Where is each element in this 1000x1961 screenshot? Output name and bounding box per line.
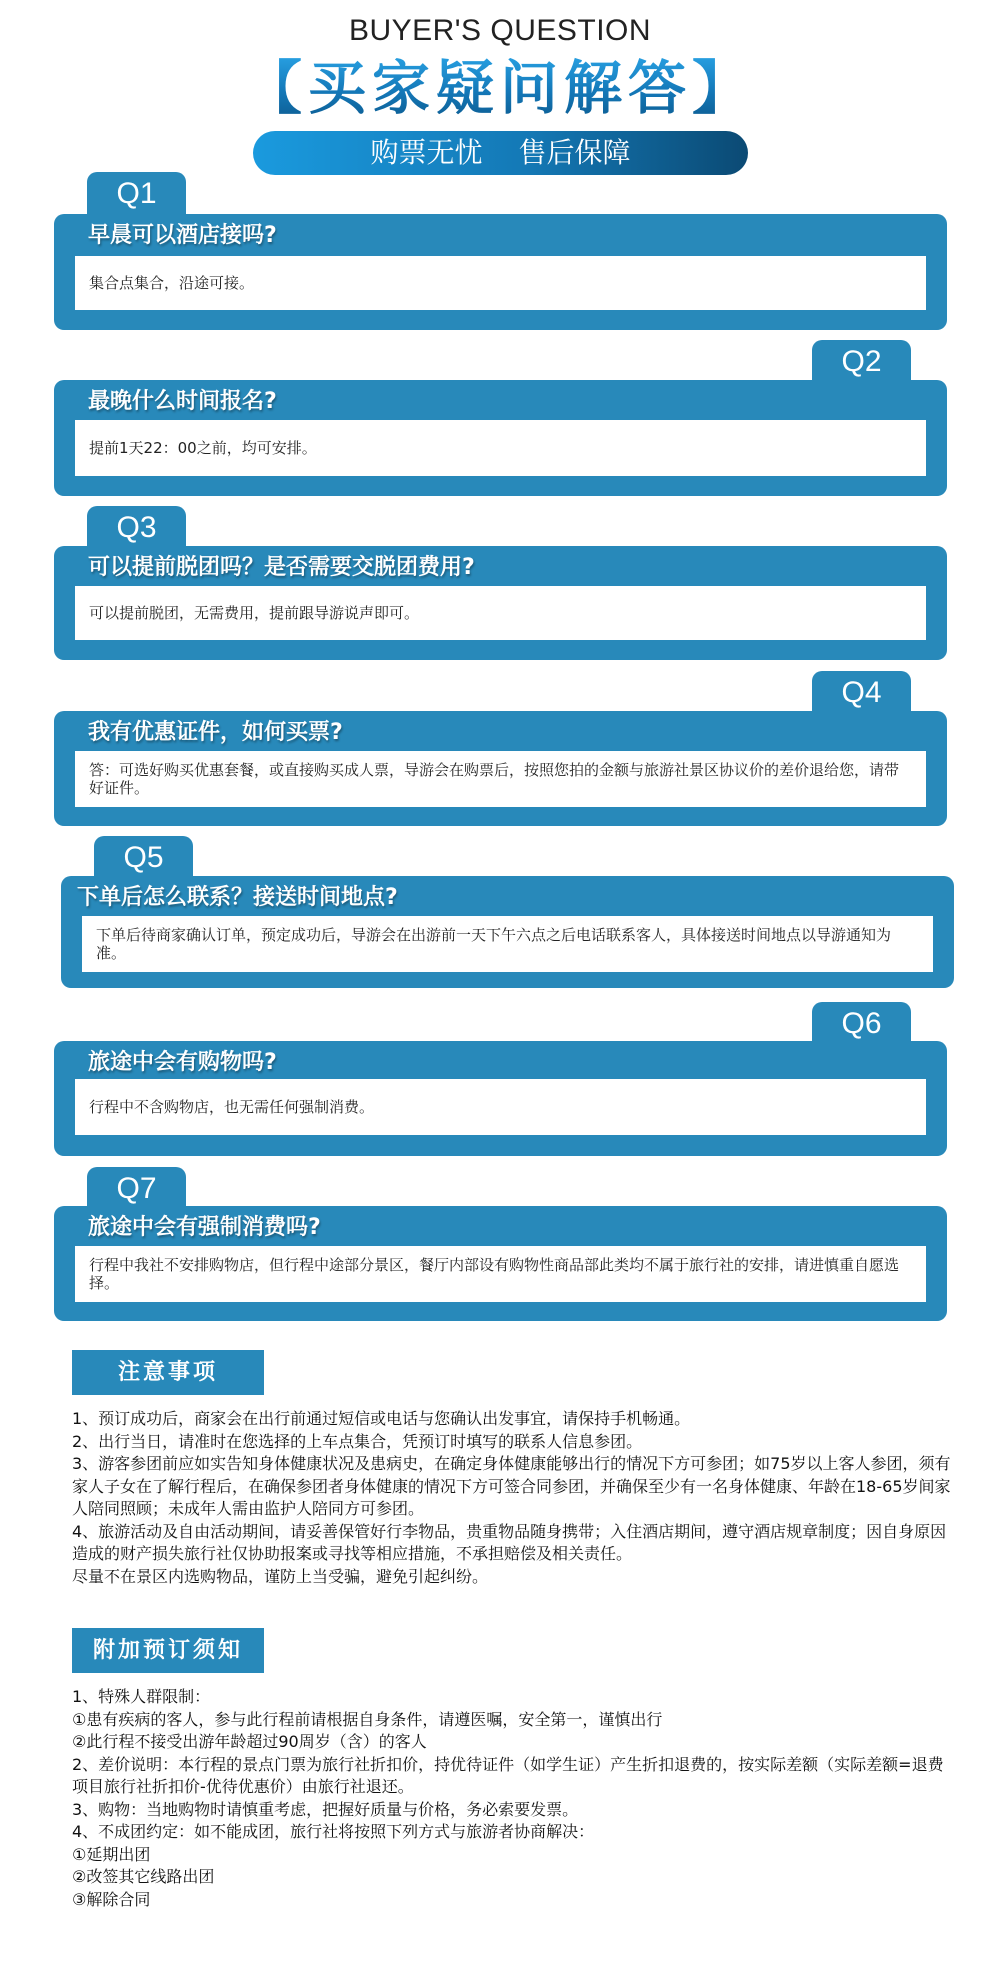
slogan-banner: 购票无忧售后保障 <box>253 131 748 175</box>
faq-question: 旅途中会有购物吗? <box>88 1045 277 1081</box>
faq-tab-q6: Q6 <box>812 1002 911 1044</box>
faq-tab-q7: Q7 <box>87 1167 186 1209</box>
english-title: BUYER'S QUESTION <box>0 14 1000 48</box>
notice-item: 4、旅游活动及自由活动期间，请妥善保管好行李物品，贵重物品随身携带；入住酒店期间… <box>72 1521 952 1566</box>
faq-tab-q3: Q3 <box>87 506 186 548</box>
faq-question: 我有优惠证件，如何买票? <box>88 715 343 751</box>
booking-section-header: 附加预订须知 <box>72 1628 264 1673</box>
booking-item: 4、不成团约定：如不能成团，旅行社将按照下列方式与旅游者协商解决： <box>72 1821 952 1844</box>
faq-answer: 提前1天22：00之前，均可安排。 <box>75 420 926 476</box>
faq-card-q1: 早晨可以酒店接吗? 集合点集合，沿途可接。 <box>54 214 947 330</box>
faq-card-q4: 我有优惠证件，如何买票? 答：可选好购买优惠套餐，或直接购买成人票，导游会在购票… <box>54 711 947 826</box>
faq-answer: 可以提前脱团，无需费用，提前跟导游说声即可。 <box>75 586 926 640</box>
booking-item: ③解除合同 <box>72 1889 952 1912</box>
booking-item: 3、购物：当地购物时请慎重考虑，把握好质量与价格，务必索要发票。 <box>72 1799 952 1822</box>
faq-question: 早晨可以酒店接吗? <box>88 218 277 254</box>
faq-card-q3: 可以提前脱团吗？是否需要交脱团费用? 可以提前脱团，无需费用，提前跟导游说声即可… <box>54 546 947 660</box>
booking-item: ②改签其它线路出团 <box>72 1866 952 1889</box>
faq-tab-q5: Q5 <box>94 836 193 878</box>
slogan-right: 售后保障 <box>519 136 631 169</box>
faq-answer: 集合点集合，沿途可接。 <box>75 256 926 310</box>
faq-question: 旅途中会有强制消费吗? <box>88 1210 321 1246</box>
faq-tab-q1: Q1 <box>87 172 186 214</box>
booking-item: 2、差价说明：本行程的景点门票为旅行社折扣价，持优待证件（如学生证）产生折扣退费… <box>72 1754 952 1799</box>
faq-question: 最晚什么时间报名? <box>88 384 277 420</box>
faq-tab-q2: Q2 <box>812 340 911 382</box>
faq-answer: 行程中我社不安排购物店，但行程中途部分景区，餐厅内部设有购物性商品部此类均不属于… <box>75 1246 926 1302</box>
faq-card-q5: 下单后怎么联系？接送时间地点? 下单后待商家确认订单，预定成功后，导游会在出游前… <box>61 876 954 988</box>
notice-item: 1、预订成功后，商家会在出行前通过短信或电话与您确认出发事宜，请保持手机畅通。 <box>72 1408 952 1431</box>
faq-card-q7: 旅途中会有强制消费吗? 行程中我社不安排购物店，但行程中途部分景区，餐厅内部设有… <box>54 1206 947 1321</box>
slogan-left: 购票无忧 <box>370 136 482 169</box>
notice-section-header: 注意事项 <box>72 1350 264 1395</box>
faq-card-q2: 最晚什么时间报名? 提前1天22：00之前，均可安排。 <box>54 380 947 496</box>
notice-item: 尽量不在景区内选购物品，谨防上当受骗，避免引起纠纷。 <box>72 1566 952 1589</box>
faq-answer: 答：可选好购买优惠套餐，或直接购买成人票，导游会在购票后，按照您拍的金额与旅游社… <box>75 751 926 807</box>
faq-card-q6: 旅途中会有购物吗? 行程中不含购物店，也无需任何强制消费。 <box>54 1041 947 1156</box>
notice-list: 1、预订成功后，商家会在出行前通过短信或电话与您确认出发事宜，请保持手机畅通。 … <box>72 1408 952 1588</box>
faq-answer: 行程中不含购物店，也无需任何强制消费。 <box>75 1079 926 1135</box>
booking-item: ②此行程不接受出游年龄超过90周岁（含）的客人 <box>72 1731 952 1754</box>
page-title: 【买家疑问解答】 <box>0 52 1000 124</box>
notice-item: 2、出行当日，请准时在您选择的上车点集合，凭预订时填写的联系人信息参团。 <box>72 1431 952 1454</box>
faq-question: 下单后怎么联系？接送时间地点? <box>77 880 398 916</box>
booking-item: 1、特殊人群限制： <box>72 1686 952 1709</box>
faq-question: 可以提前脱团吗？是否需要交脱团费用? <box>88 550 475 586</box>
booking-item: ①延期出团 <box>72 1844 952 1867</box>
faq-tab-q4: Q4 <box>812 671 911 713</box>
booking-item: ①患有疾病的客人，参与此行程前请根据自身条件，请遵医嘱，安全第一，谨慎出行 <box>72 1709 952 1732</box>
notice-item: 3、游客参团前应如实告知身体健康状况及患病史，在确定身体健康能够出行的情况下方可… <box>72 1453 952 1521</box>
booking-list: 1、特殊人群限制： ①患有疾病的客人，参与此行程前请根据自身条件，请遵医嘱，安全… <box>72 1686 952 1911</box>
faq-answer: 下单后待商家确认订单，预定成功后，导游会在出游前一天下午六点之后电话联系客人，具… <box>82 916 933 972</box>
